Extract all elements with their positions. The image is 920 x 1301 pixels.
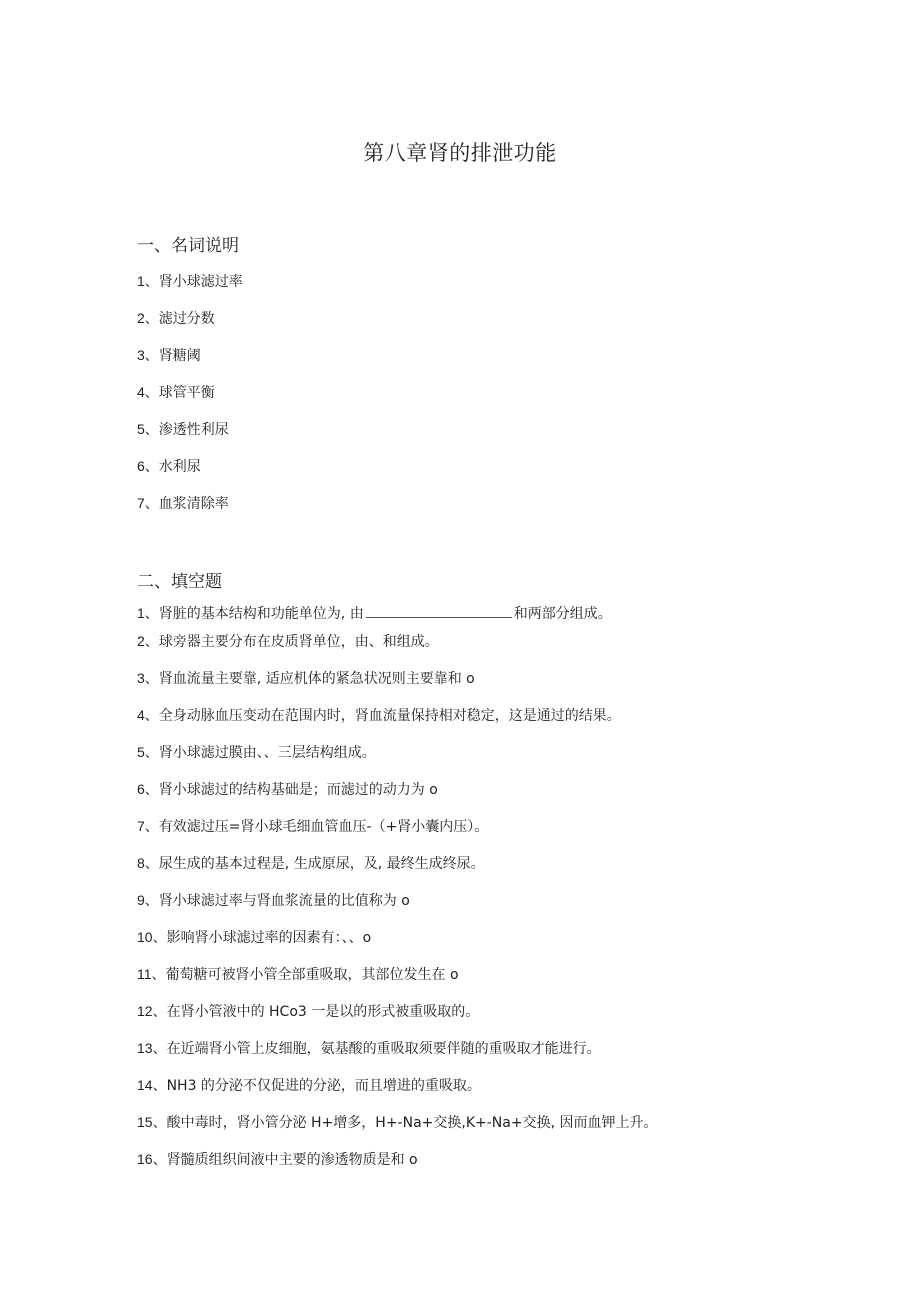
item-number: 1、: [137, 273, 159, 289]
item-text: 有效滤过压=肾小球毛细血管血压-（+肾小囊内压）。: [159, 819, 489, 835]
item-text: 肾小球滤过率与肾血浆流量的比值称为 o: [159, 893, 410, 909]
item-text: 血浆清除率: [159, 496, 229, 512]
fill-in-item: 10、影响肾小球滤过率的因素有：、、o: [137, 928, 371, 947]
fill-in-item: 2、球旁器主要分布在皮质肾单位，由、和组成。: [137, 632, 439, 651]
fill-in-item: 5、肾小球滤过膜由、、三层结构组成。: [137, 743, 376, 762]
item-text: 葡萄糖可被肾小管全部重吸取，其部位发生在 o: [166, 967, 459, 983]
item-number: 1、: [137, 605, 159, 621]
item-text: 水利尿: [159, 459, 201, 475]
item-number: 11、: [137, 966, 166, 982]
item-number: 4、: [137, 384, 159, 400]
item-text: 肾脏的基本结构和功能单位为, 由: [159, 606, 364, 622]
item-number: 6、: [137, 458, 159, 474]
definition-item: 5、渗透性利尿: [137, 420, 229, 439]
fill-in-item: 6、肾小球滤过的结构基础是；而滤过的动力为 o: [137, 780, 438, 799]
fill-in-item: 7、有效滤过压=肾小球毛细血管血压-（+肾小囊内压）。: [137, 817, 488, 836]
item-number: 3、: [137, 347, 159, 363]
section-heading-definitions: 一、名词说明: [137, 231, 239, 256]
item-number: 7、: [137, 818, 159, 834]
fill-in-item: 11、葡萄糖可被肾小管全部重吸取，其部位发生在 o: [137, 965, 459, 984]
fill-in-item: 9、肾小球滤过率与肾血浆流量的比值称为 o: [137, 891, 410, 910]
item-number: 4、: [137, 707, 159, 723]
definition-item: 2、滤过分数: [137, 309, 215, 328]
item-text: 肾小球滤过率: [159, 274, 243, 290]
definition-item: 1、肾小球滤过率: [137, 272, 243, 291]
item-number: 7、: [137, 495, 159, 511]
fill-in-item: 12、在肾小管液中的 HCo3 一是以的形式被重吸取的。: [137, 1002, 479, 1021]
definition-item: 7、血浆清除率: [137, 494, 229, 513]
item-number: 5、: [137, 744, 159, 760]
item-text: 影响肾小球滤过率的因素有：、、o: [167, 930, 372, 946]
item-number: 2、: [137, 310, 159, 326]
item-text-after-blank: 和两部分组成。: [514, 606, 612, 622]
fill-in-item: 15、酸中毒时，肾小管分泌 H+增多，H+-Na+交换,K+-Na+交换, 因而…: [137, 1113, 657, 1132]
item-text: 酸中毒时，肾小管分泌 H+增多，H+-Na+交换,K+-Na+交换, 因而血钾上…: [167, 1115, 658, 1131]
item-text: 滤过分数: [159, 311, 215, 327]
item-number: 8、: [137, 855, 159, 871]
definition-item: 3、肾糖阈: [137, 346, 201, 365]
item-number: 3、: [137, 670, 159, 686]
item-text: 渗透性利尿: [159, 422, 229, 438]
item-text: NH3 的分泌不仅促进的分泌，而且增进的重吸取。: [167, 1078, 481, 1094]
item-text: 在肾小管液中的 HCo3 一是以的形式被重吸取的。: [167, 1004, 480, 1020]
page-title: 第八章肾的排泄功能: [0, 137, 920, 167]
item-number: 16、: [137, 1151, 167, 1167]
item-number: 6、: [137, 781, 159, 797]
item-number: 2、: [137, 633, 159, 649]
item-number: 14、: [137, 1077, 167, 1093]
definition-item: 6、水利尿: [137, 457, 201, 476]
fill-in-item: 16、肾髓质组织间液中主要的渗透物质是和 o: [137, 1150, 418, 1169]
fill-in-item: 4、全身动脉血压变动在范围内时，肾血流量保持相对稳定，这是通过的结果。: [137, 706, 621, 725]
fill-in-item: 8、尿生成的基本过程是, 生成原尿，及, 最终生成终尿。: [137, 854, 485, 873]
fill-in-item: 13、在近端肾小管上皮细胞，氨基酸的重吸取须要伴随的重吸取才能进行。: [137, 1039, 601, 1058]
item-number: 10、: [137, 929, 167, 945]
definition-item: 4、球管平衡: [137, 383, 215, 402]
item-number: 5、: [137, 421, 159, 437]
fill-in-item: 14、NH3 的分泌不仅促进的分泌，而且增进的重吸取。: [137, 1076, 481, 1095]
item-text: 在近端肾小管上皮细胞，氨基酸的重吸取须要伴随的重吸取才能进行。: [167, 1041, 601, 1057]
fill-in-item: 3、肾血流量主要靠, 适应机体的紧急状况则主要靠和 o: [137, 669, 475, 688]
section-heading-fill-in-blanks: 二、填空题: [137, 567, 222, 592]
item-text: 球管平衡: [159, 385, 215, 401]
item-text: 肾髓质组织间液中主要的渗透物质是和 o: [167, 1152, 418, 1168]
answer-blank[interactable]: [366, 603, 512, 618]
item-text: 全身动脉血压变动在范围内时，肾血流量保持相对稳定，这是通过的结果。: [159, 708, 621, 724]
item-text: 肾糖阈: [159, 348, 201, 364]
item-text: 球旁器主要分布在皮质肾单位，由、和组成。: [159, 634, 439, 650]
item-text: 尿生成的基本过程是, 生成原尿，及, 最终生成终尿。: [159, 856, 485, 872]
item-number: 13、: [137, 1040, 167, 1056]
item-text: 肾小球滤过膜由、、三层结构组成。: [159, 745, 376, 761]
fill-in-item: 1、肾脏的基本结构和功能单位为, 由和两部分组成。: [137, 603, 612, 623]
item-number: 15、: [137, 1114, 167, 1130]
item-text: 肾小球滤过的结构基础是；而滤过的动力为 o: [159, 782, 438, 798]
item-number: 12、: [137, 1003, 167, 1019]
item-text: 肾血流量主要靠, 适应机体的紧急状况则主要靠和 o: [159, 671, 475, 687]
item-number: 9、: [137, 892, 159, 908]
